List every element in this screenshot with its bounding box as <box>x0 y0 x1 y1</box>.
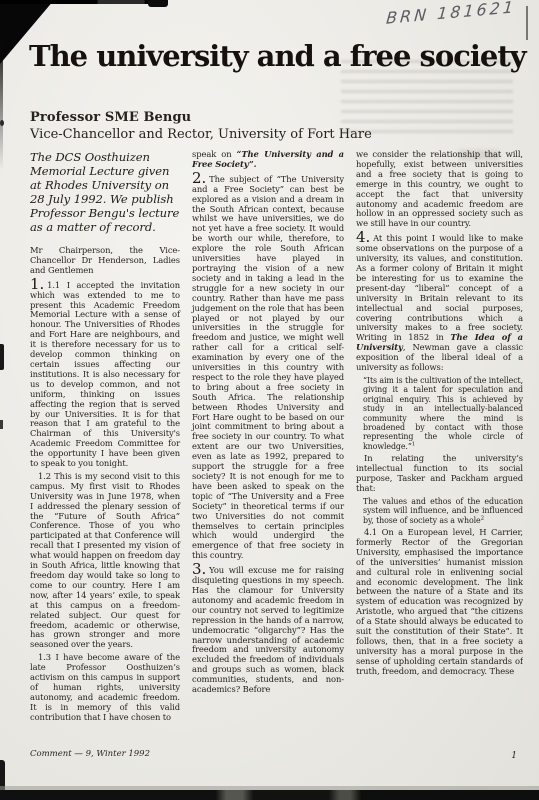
section-number-4: 4. <box>356 228 373 246</box>
blockquote-tasker-packham: The values and ethos of the education sy… <box>356 497 523 525</box>
paragraph-text: The subject of “The University and a Fre… <box>192 174 344 560</box>
author-block: Professor SME Bengu Vice-Chancellor and … <box>30 110 372 142</box>
scan-edge-bottom <box>0 790 539 800</box>
paragraph-2: 2.The subject of “The University and a F… <box>192 173 344 561</box>
paragraph-3-continuation: we consider the relationship that will, … <box>356 150 523 229</box>
paragraph-text: At this point I would like to make some … <box>356 233 523 342</box>
article-body: The DCS Oosthuizen Memorial Lecture give… <box>30 150 523 750</box>
section-number-3: 3. <box>192 560 209 578</box>
scan-edge-left <box>0 40 3 170</box>
paragraph-4-1: 4.1 On a European level, H Carrier, form… <box>356 528 523 677</box>
column-middle: speak on “The University and a Free Soci… <box>192 150 344 750</box>
quote-text: The values and ethos of the education sy… <box>363 497 523 525</box>
paragraph-text: You will excuse me for raising disquieti… <box>192 565 344 694</box>
footnote-ref-1: 1 <box>412 441 415 447</box>
paragraph-bridge: In relating the university’s intellectua… <box>356 454 523 494</box>
page-title: The university and a free society <box>29 39 529 73</box>
paragraph-4: 4.At this point I would like to make som… <box>356 232 523 373</box>
scan-edge-top <box>0 0 168 4</box>
footer-journal: Comment — 9, Winter 1992 <box>30 749 150 759</box>
paragraph-continuation: speak on “The University and a Free Soci… <box>192 150 344 170</box>
handwritten-annotation: BRN 181621 <box>385 0 516 28</box>
author-role: Vice-Chancellor and Rector, University o… <box>30 127 372 142</box>
footnote-ref-2: 2 <box>481 515 484 521</box>
paragraph-3: 3.You will excuse me for raising disquie… <box>192 564 344 695</box>
column-left: The DCS Oosthuizen Memorial Lecture give… <box>30 150 180 750</box>
paragraph-text: speak on <box>192 150 237 159</box>
scan-speck <box>0 420 3 429</box>
author-name: Professor SME Bengu <box>30 110 372 125</box>
editorial-intro-note: The DCS Oosthuizen Memorial Lecture give… <box>30 150 180 234</box>
section-number-1: 1. <box>30 275 47 293</box>
page-number: 1 <box>511 751 517 761</box>
scanned-page: BRN 181621 The university and a free soc… <box>0 0 539 800</box>
column-right: we consider the relationship that will, … <box>356 150 523 750</box>
scan-speck <box>0 344 4 370</box>
salutation: Mr Chairperson, the Vice-Chancellor Dr H… <box>30 246 180 276</box>
scan-speck <box>0 120 4 126</box>
scan-edge-right <box>526 6 528 40</box>
quote-text: “Its aim is the cultivation of the intel… <box>363 376 523 451</box>
paragraph-1-3: 1.3 I have become aware of the late Prof… <box>30 653 180 722</box>
section-number-2: 2. <box>192 169 209 187</box>
paragraph-text: 1.1 I accepted the invitation which was … <box>30 280 180 468</box>
blockquote-newman: “Its aim is the cultivation of the intel… <box>356 376 523 451</box>
paragraph-1-1: 1.1.1 I accepted the invitation which wa… <box>30 279 180 469</box>
scan-edge-blob <box>148 0 168 7</box>
paragraph-1-2: 1.2 This is my second visit to this camp… <box>30 472 180 650</box>
